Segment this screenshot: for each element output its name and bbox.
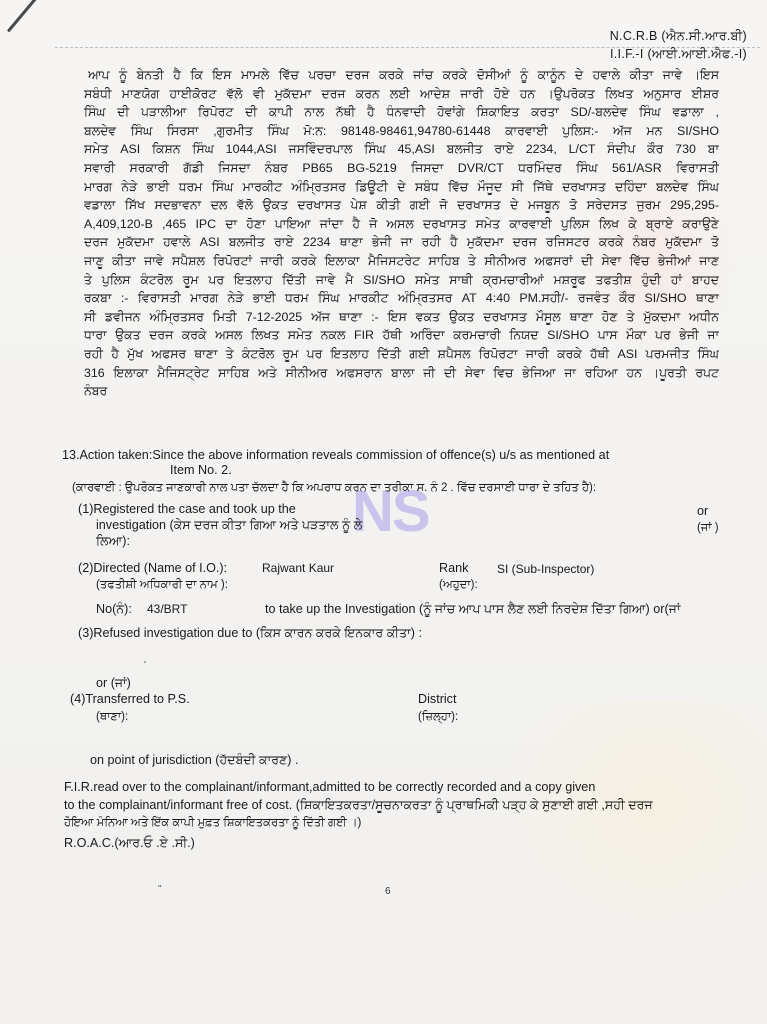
district-label: District: [418, 691, 456, 707]
paragraph-line: ਦਰਜ ਮੁਕੱਦਮਾ ਹਵਾਲੇ ASI ਬਲਜੀਤ ਰਾਏ 2234 ਥਾਣ…: [84, 233, 719, 252]
fir-read-line2: to the complainant/informant free of cos…: [64, 797, 653, 813]
item1-or-pa: (ਜਾਂ ): [697, 520, 719, 536]
item1-line1: (1)Registered the case and took up the: [78, 501, 296, 517]
paragraph-line: ਵਡਾਲਾ ਸਿੱਖ ਸਦਭਾਵਨਾ ਦਲ ਵੱਲੋ ਉਕਤ ਦਰਖਾਸਤ ਪੇ…: [84, 196, 719, 215]
fir-read-line3: ਹੋਇਆ ਮੰਨਿਆ ਅਤੇ ਇੱਕ ਕਾਪੀ ਮੁਫ਼ਤ ਸ਼ਿਕਾਇਤਕਰਤ…: [64, 815, 361, 831]
document-page: N.C.R.B (ਐਨ.ਸੀ.ਆਰ.ਬੀ) I.I.F.-I (ਆਈ.ਆਈ.ਐਫ…: [0, 0, 767, 1024]
item2-label-pa: (ਤਫਤੀਸ਼ੀ ਅਧਿਕਾਰੀ ਦਾ ਨਾਮ ):: [96, 577, 228, 593]
paragraph-line: ਰਹੀ ਹੈ ਮੁੱਖ ਅਫਸਰ ਥਾਣਾ ਤੇ ਕੰਟਰੋਲ ਰੂਮ ਪਰ ਇ…: [84, 345, 719, 364]
paragraph-line: ਬਲਦੇਵ ਸਿੰਘ ਸਿਰਸਾ ,ਗੁਰਮੀਤ ਸਿੰਘ ਮੋ:ਨ: 9814…: [84, 122, 719, 141]
paragraph-line: ਆਪ ਨੂੰ ਬੇਨਤੀ ਹੈ ਕਿ ਇਸ ਮਾਮਲੇ ਵਿੱਚ ਪਰਚਾ ਦਰ…: [84, 66, 719, 85]
io-number-value: 43/BRT: [147, 601, 187, 617]
fir-read-line1: F.I.R.read over to the complainant/infor…: [64, 779, 595, 795]
paragraph-line: ਰਕਬਾ :- ਵਿਰਾਸਤੀ ਮਾਰਗ ਨੇੜੇ ਭਾਈ ਧਰਮ ਸਿੰਘ ਮ…: [84, 289, 719, 308]
rank-value: SI (Sub-Inspector): [497, 561, 594, 577]
paragraph-line: ਮਾਰਗ ਨੇੜੇ ਭਾਈ ਧਰਮ ਸਿੰਘ ਮਾਰਕੀਟ ਅੰਮ੍ਰਿਤਸਰ …: [84, 178, 719, 197]
action-taken-heading: 13.Action taken:Since the above informat…: [62, 447, 609, 463]
paragraph-line: ਸਿੰਘ ਦੀ ਪੜਾਲੀਆ ਰਿਪੋਰਟ ਦੀ ਕਾਪੀ ਨਾਲ ਨੱਥੀ ਹ…: [84, 103, 719, 122]
rank-label-pa: (ਅਹੁਦਾ):: [439, 577, 478, 593]
item1-line3: ਲਿਆ):: [96, 533, 130, 549]
item2-label: (2)Directed (Name of I.O.):: [78, 560, 227, 576]
item4-label: (4)Transferred to P.S.: [70, 691, 190, 707]
paragraph-line: A,409,120-B ,465 IPC ਦਾ ਹੋਣਾ ਪਾਇਆ ਜਾਂਦਾ …: [84, 215, 719, 234]
fir-statement-paragraph: ਆਪ ਨੂੰ ਬੇਨਤੀ ਹੈ ਕਿ ਇਸ ਮਾਮਲੇ ਵਿੱਚ ਪਰਚਾ ਦਰ…: [84, 66, 719, 401]
roac-label: R.O.A.C.(ਆਰ.ਓ .ਏ .ਸੀ.): [64, 835, 195, 851]
paragraph-line: ਸੀ ਡਵੀਜਨ ਅੰਮ੍ਰਿਤਸਰ ਮਿਤੀ 7-12-2025 ਅੱਜ ਥਾ…: [84, 308, 719, 327]
item4-label-pa: (ਥਾਣਾ):: [96, 709, 128, 725]
jurisdiction-text: on point of jurisdiction (ਹੱਦਬੰਦੀ ਕਾਰਣ) …: [90, 752, 298, 768]
action-taken-heading-cont: Item No. 2.: [170, 462, 232, 478]
paragraph-line: ਸਮੇਤ ASI ਕਿਸ਼ਨ ਸਿੰਘ 1044,ASI ਜਸਵਿੰਦਰਪਾਲ …: [84, 140, 719, 159]
paragraph-line: ਧਾਰਾ ਉਕਤ ਦਰਜ ਕਰਕੇ ਅਸਲ ਲਿਖਤ ਸਮੇਤ ਨਕਲ FIR …: [84, 326, 719, 345]
paragraph-line: ਸਬੰਧੀ ਮਾਣਯੋਗ ਹਾਈਕੋਰਟ ਵੱਲੋ ਵੀ ਮੁਕੱਦਮਾ ਦਰਜ…: [84, 85, 719, 104]
paragraph-line: ਸਵਾਰੀ ਸਰਕਾਰੀ ਗੱਡੀ ਜਿਸਦਾ ਨੰਬਰ PB65 BG-521…: [84, 159, 719, 178]
rank-label: Rank: [439, 560, 468, 576]
page-number: 6: [385, 886, 391, 897]
stray-tick: ': [144, 660, 146, 671]
ncrb-label: N.C.R.B (ਐਨ.ਸੀ.ਆਰ.ਬੀ): [610, 29, 747, 44]
take-up-investigation-text: to take up the Investigation (ਨੂੰ ਜਾਂਚ ਆ…: [265, 601, 680, 617]
or-pa: or (ਜਾਂ): [96, 675, 131, 691]
pen-mark: [7, 0, 48, 32]
paragraph-line: ਨੰਬਰ: [84, 382, 719, 401]
stray-mark: ": [158, 884, 162, 895]
item3-label: (3)Refused investigation due to (ਕਿਸ ਕਾਰ…: [78, 625, 422, 641]
paragraph-line: ਜਾਣੂ ਕੀਤਾ ਜਾਵੇ ਸਪੈਸ਼ਲ ਰਿਪੋਰਟਾਂ ਜਾਰੀ ਕਰਕੇ…: [84, 252, 719, 271]
action-taken-punjabi-note: (ਕਾਰਵਾਈ : ਉਪਰੋਕਤ ਜਾਣਕਾਰੀ ਨਾਲ ਪਤਾ ਚੱਲਦਾ ਹ…: [72, 480, 596, 496]
paper-stain: [487, 700, 767, 960]
item1-or: or: [697, 503, 708, 519]
io-name: Rajwant Kaur: [262, 560, 334, 576]
item1-line2: investigation (ਕੇਸ ਦਰਜ ਕੀਤਾ ਗਿਆ ਅਤੇ ਪੜਤਾ…: [96, 517, 362, 533]
io-number-label: No(ਨੰ):: [96, 601, 132, 617]
iif-label: I.I.F.-I (ਆਈ.ਆਈ.ਐਫ.-I): [610, 47, 747, 62]
paragraph-line: ਤੇ ਪੁਲਿਸ ਕੰਟਰੋਲ ਰੂਮ ਪਰ ਇਤਲਾਹ ਦਿੱਤੀ ਜਾਵੇ …: [84, 271, 719, 290]
paragraph-line: 316 ਇਲਾਕਾ ਮੈਜਿਸਟ੍ਰੇਟ ਸਾਹਿਬ ਅਤੇ ਸੀਨੀਅਰ ਅਫ…: [84, 364, 719, 383]
district-label-pa: (ਜ਼ਿਲ੍ਹਾ):: [418, 709, 458, 725]
